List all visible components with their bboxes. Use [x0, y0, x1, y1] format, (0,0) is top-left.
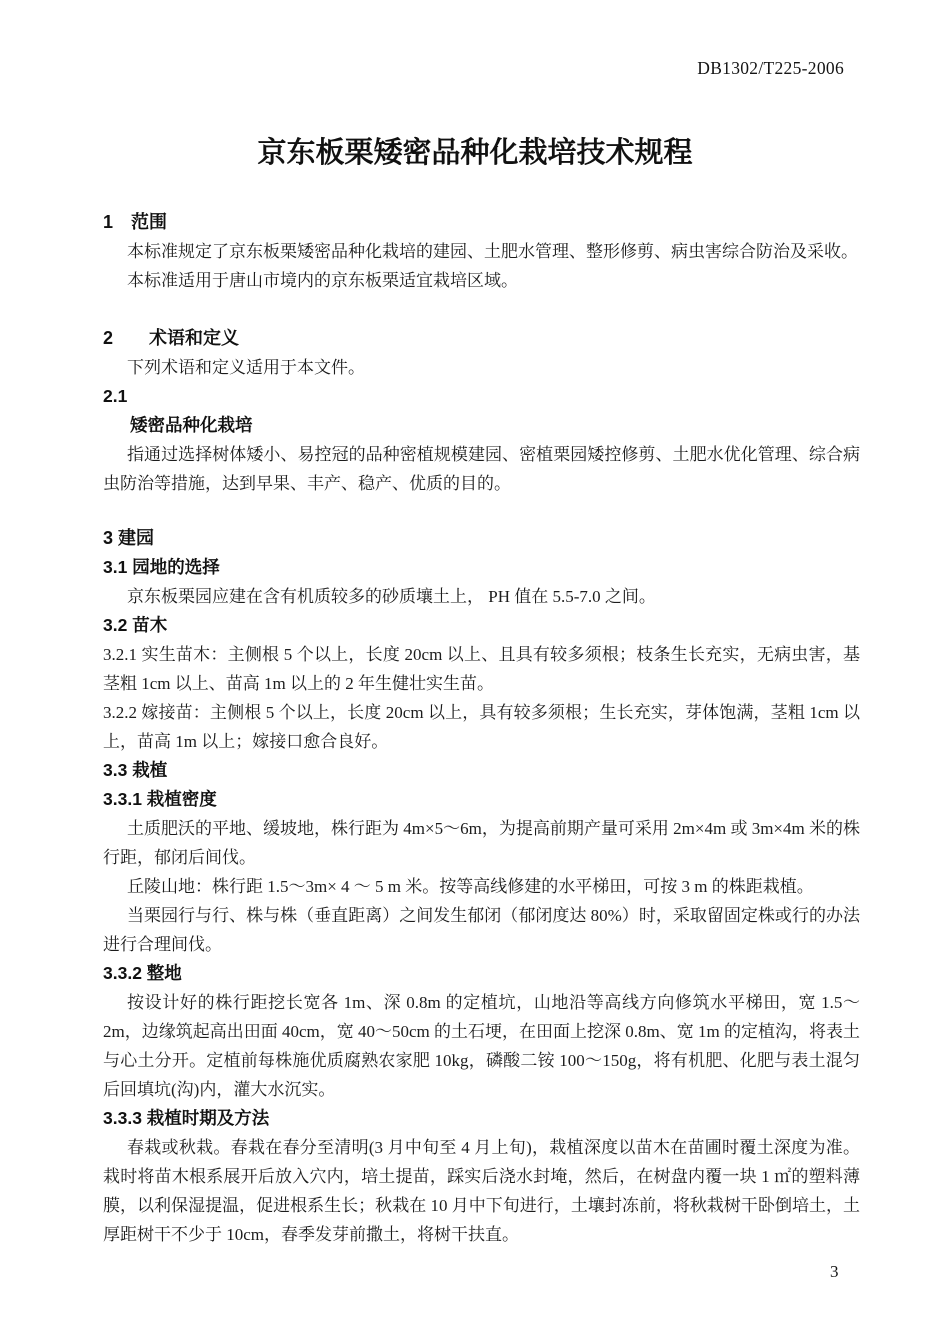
section-heading: 3.3.1 栽植密度 [103, 785, 860, 814]
paragraph: 土质肥沃的平地、缓坡地，株行距为 4m×5～6m，为提高前期产量可采用 2m×4… [103, 814, 860, 872]
section-heading: 2.1 [103, 382, 860, 411]
paragraph: 春栽或秋栽。春栽在春分至清明(3 月中旬至 4 月上旬)，栽植深度以苗木在苗圃时… [103, 1133, 860, 1249]
paragraph: 丘陵山地：株行距 1.5～3m× 4 ～ 5 m 米。按等高线修建的水平梯田，可… [103, 872, 860, 901]
paragraph: 当栗园行与行、株与株（垂直距离）之间发生郁闭（郁闭度达 80%）时，采取留固定株… [103, 901, 860, 959]
standard-code: DB1302/T225-2006 [697, 58, 844, 79]
section-heading: 3.1 园地的选择 [103, 553, 860, 582]
document-body: 1 范围本标准规定了京东板栗矮密品种化栽培的建园、土肥水管理、整形修剪、病虫害综… [103, 208, 860, 1249]
section-heading: 3 建园 [103, 524, 860, 553]
paragraph: 3.2.2 嫁接苗：主侧根 5 个以上，长度 20cm 以上，具有较多须根；生长… [103, 698, 860, 756]
paragraph: 本标准规定了京东板栗矮密品种化栽培的建园、土肥水管理、整形修剪、病虫害综合防治及… [103, 237, 860, 266]
page-number: 3 [830, 1262, 839, 1282]
section-heading: 3.3.3 栽植时期及方法 [103, 1104, 860, 1133]
document-title: 京东板栗矮密品种化栽培技术规程 [0, 130, 950, 171]
section-heading: 3.3 栽植 [103, 756, 860, 785]
section-heading: 2 术语和定义 [103, 324, 860, 353]
paragraph: 3.2.1 实生苗木：主侧根 5 个以上，长度 20cm 以上、且具有较多须根；… [103, 640, 860, 698]
paragraph: 本标准适用于唐山市境内的京东板栗适宜栽培区域。 [103, 266, 860, 295]
section-heading: 矮密品种化栽培 [103, 411, 860, 440]
paragraph: 京东板栗园应建在含有机质较多的砂质壤土上， PH 值在 5.5-7.0 之间。 [103, 582, 860, 611]
paragraph: 按设计好的株行距挖长宽各 1m、深 0.8m 的定植坑，山地沿等高线方向修筑水平… [103, 988, 860, 1104]
section-heading: 3.2 苗木 [103, 611, 860, 640]
section-heading: 1 范围 [103, 208, 860, 237]
paragraph: 下列术语和定义适用于本文件。 [103, 353, 860, 382]
document-page: DB1302/T225-2006 京东板栗矮密品种化栽培技术规程 1 范围本标准… [0, 0, 950, 1344]
paragraph: 指通过选择树体矮小、易控冠的品种密植规模建园、密植栗园矮控修剪、土肥水优化管理、… [103, 440, 860, 498]
section-heading: 3.3.2 整地 [103, 959, 860, 988]
